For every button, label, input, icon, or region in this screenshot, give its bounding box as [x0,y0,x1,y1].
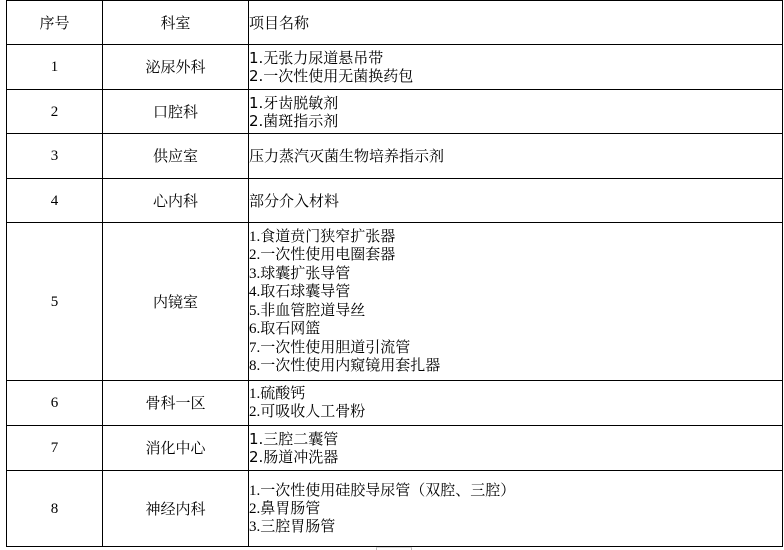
header-index: 序号 [7,1,103,45]
row-items: 1.无张力尿道悬吊带 2.一次性使用无菌换药包 [249,45,783,90]
row-index: 5 [7,223,103,381]
row-department: 消化中心 [103,426,249,471]
item: 2.菌斑指示剂 [249,112,782,130]
project-table: 序号 科室 项目名称 1 泌尿外科 1.无张力尿道悬吊带 2.一次性使用无菌换药… [6,0,783,547]
row-department: 泌尿外科 [103,45,249,90]
table-row: 5 内镜室 1.食道贲门狭窄扩张器 2.一次性使用电圈套器 3.球囊扩张导管 4… [7,223,783,381]
row-department: 口腔科 [103,90,249,134]
row-index: 3 [7,134,103,179]
item: 7.一次性使用胆道引流管 [249,339,782,358]
row-department: 供应室 [103,134,249,179]
row-index: 4 [7,179,103,223]
item: 部分介入材料 [249,192,782,210]
row-department: 骨科一区 [103,381,249,426]
table-row: 1 泌尿外科 1.无张力尿道悬吊带 2.一次性使用无菌换药包 [7,45,783,90]
table-row: 2 口腔科 1.牙齿脱敏剂 2.菌斑指示剂 [7,90,783,134]
table-row: 7 消化中心 1.三腔二囊管 2.肠道冲洗器 [7,426,783,471]
item: 1.三腔二囊管 [249,430,782,448]
item: 2.鼻胃肠管 [249,500,782,518]
header-department: 科室 [103,1,249,45]
table-row: 8 神经内科 1.一次性使用硅胶导尿管（双腔、三腔） 2.鼻胃肠管 3.三腔胃肠… [7,471,783,547]
item: 2.一次性使用电圈套器 [249,246,782,265]
row-items: 1.食道贲门狭窄扩张器 2.一次性使用电圈套器 3.球囊扩张导管 4.取石球囊导… [249,223,783,381]
item: 1.牙齿脱敏剂 [249,94,782,112]
item: 5.非血管腔道导丝 [249,302,782,321]
row-index: 6 [7,381,103,426]
item: 1.食道贲门狭窄扩张器 [249,228,782,247]
row-department: 心内科 [103,179,249,223]
item: 8.一次性使用内窥镜用套扎器 [249,357,782,376]
item: 2.肠道冲洗器 [249,448,782,466]
header-project-name: 项目名称 [249,1,783,45]
row-index: 1 [7,45,103,90]
row-index: 7 [7,426,103,471]
item: 4.取石球囊导管 [249,283,782,302]
row-department: 内镜室 [103,223,249,381]
item: 6.取石网篮 [249,320,782,339]
item: 压力蒸汽灭菌生物培养指示剂 [249,147,782,165]
row-index: 8 [7,471,103,547]
table-row: 3 供应室 压力蒸汽灭菌生物培养指示剂 [7,134,783,179]
item: 3.球囊扩张导管 [249,265,782,284]
item: 1.无张力尿道悬吊带 [249,49,782,67]
row-items: 1.牙齿脱敏剂 2.菌斑指示剂 [249,90,783,134]
item: 1.一次性使用硅胶导尿管（双腔、三腔） [249,482,782,500]
row-items: 1.硫酸钙 2.可吸收人工骨粉 [249,381,783,426]
table-row: 4 心内科 部分介入材料 [7,179,783,223]
row-items: 1.三腔二囊管 2.肠道冲洗器 [249,426,783,471]
item: 2.一次性使用无菌换药包 [249,67,782,85]
row-items: 压力蒸汽灭菌生物培养指示剂 [249,134,783,179]
table-row: 6 骨科一区 1.硫酸钙 2.可吸收人工骨粉 [7,381,783,426]
row-items: 1.一次性使用硅胶导尿管（双腔、三腔） 2.鼻胃肠管 3.三腔胃肠管 [249,471,783,547]
header-row: 序号 科室 项目名称 [7,1,783,45]
item: 2.可吸收人工骨粉 [249,403,782,421]
row-department: 神经内科 [103,471,249,547]
row-index: 2 [7,90,103,134]
item: 1.硫酸钙 [249,385,782,403]
item: 3.三腔胃肠管 [249,518,782,536]
row-items: 部分介入材料 [249,179,783,223]
